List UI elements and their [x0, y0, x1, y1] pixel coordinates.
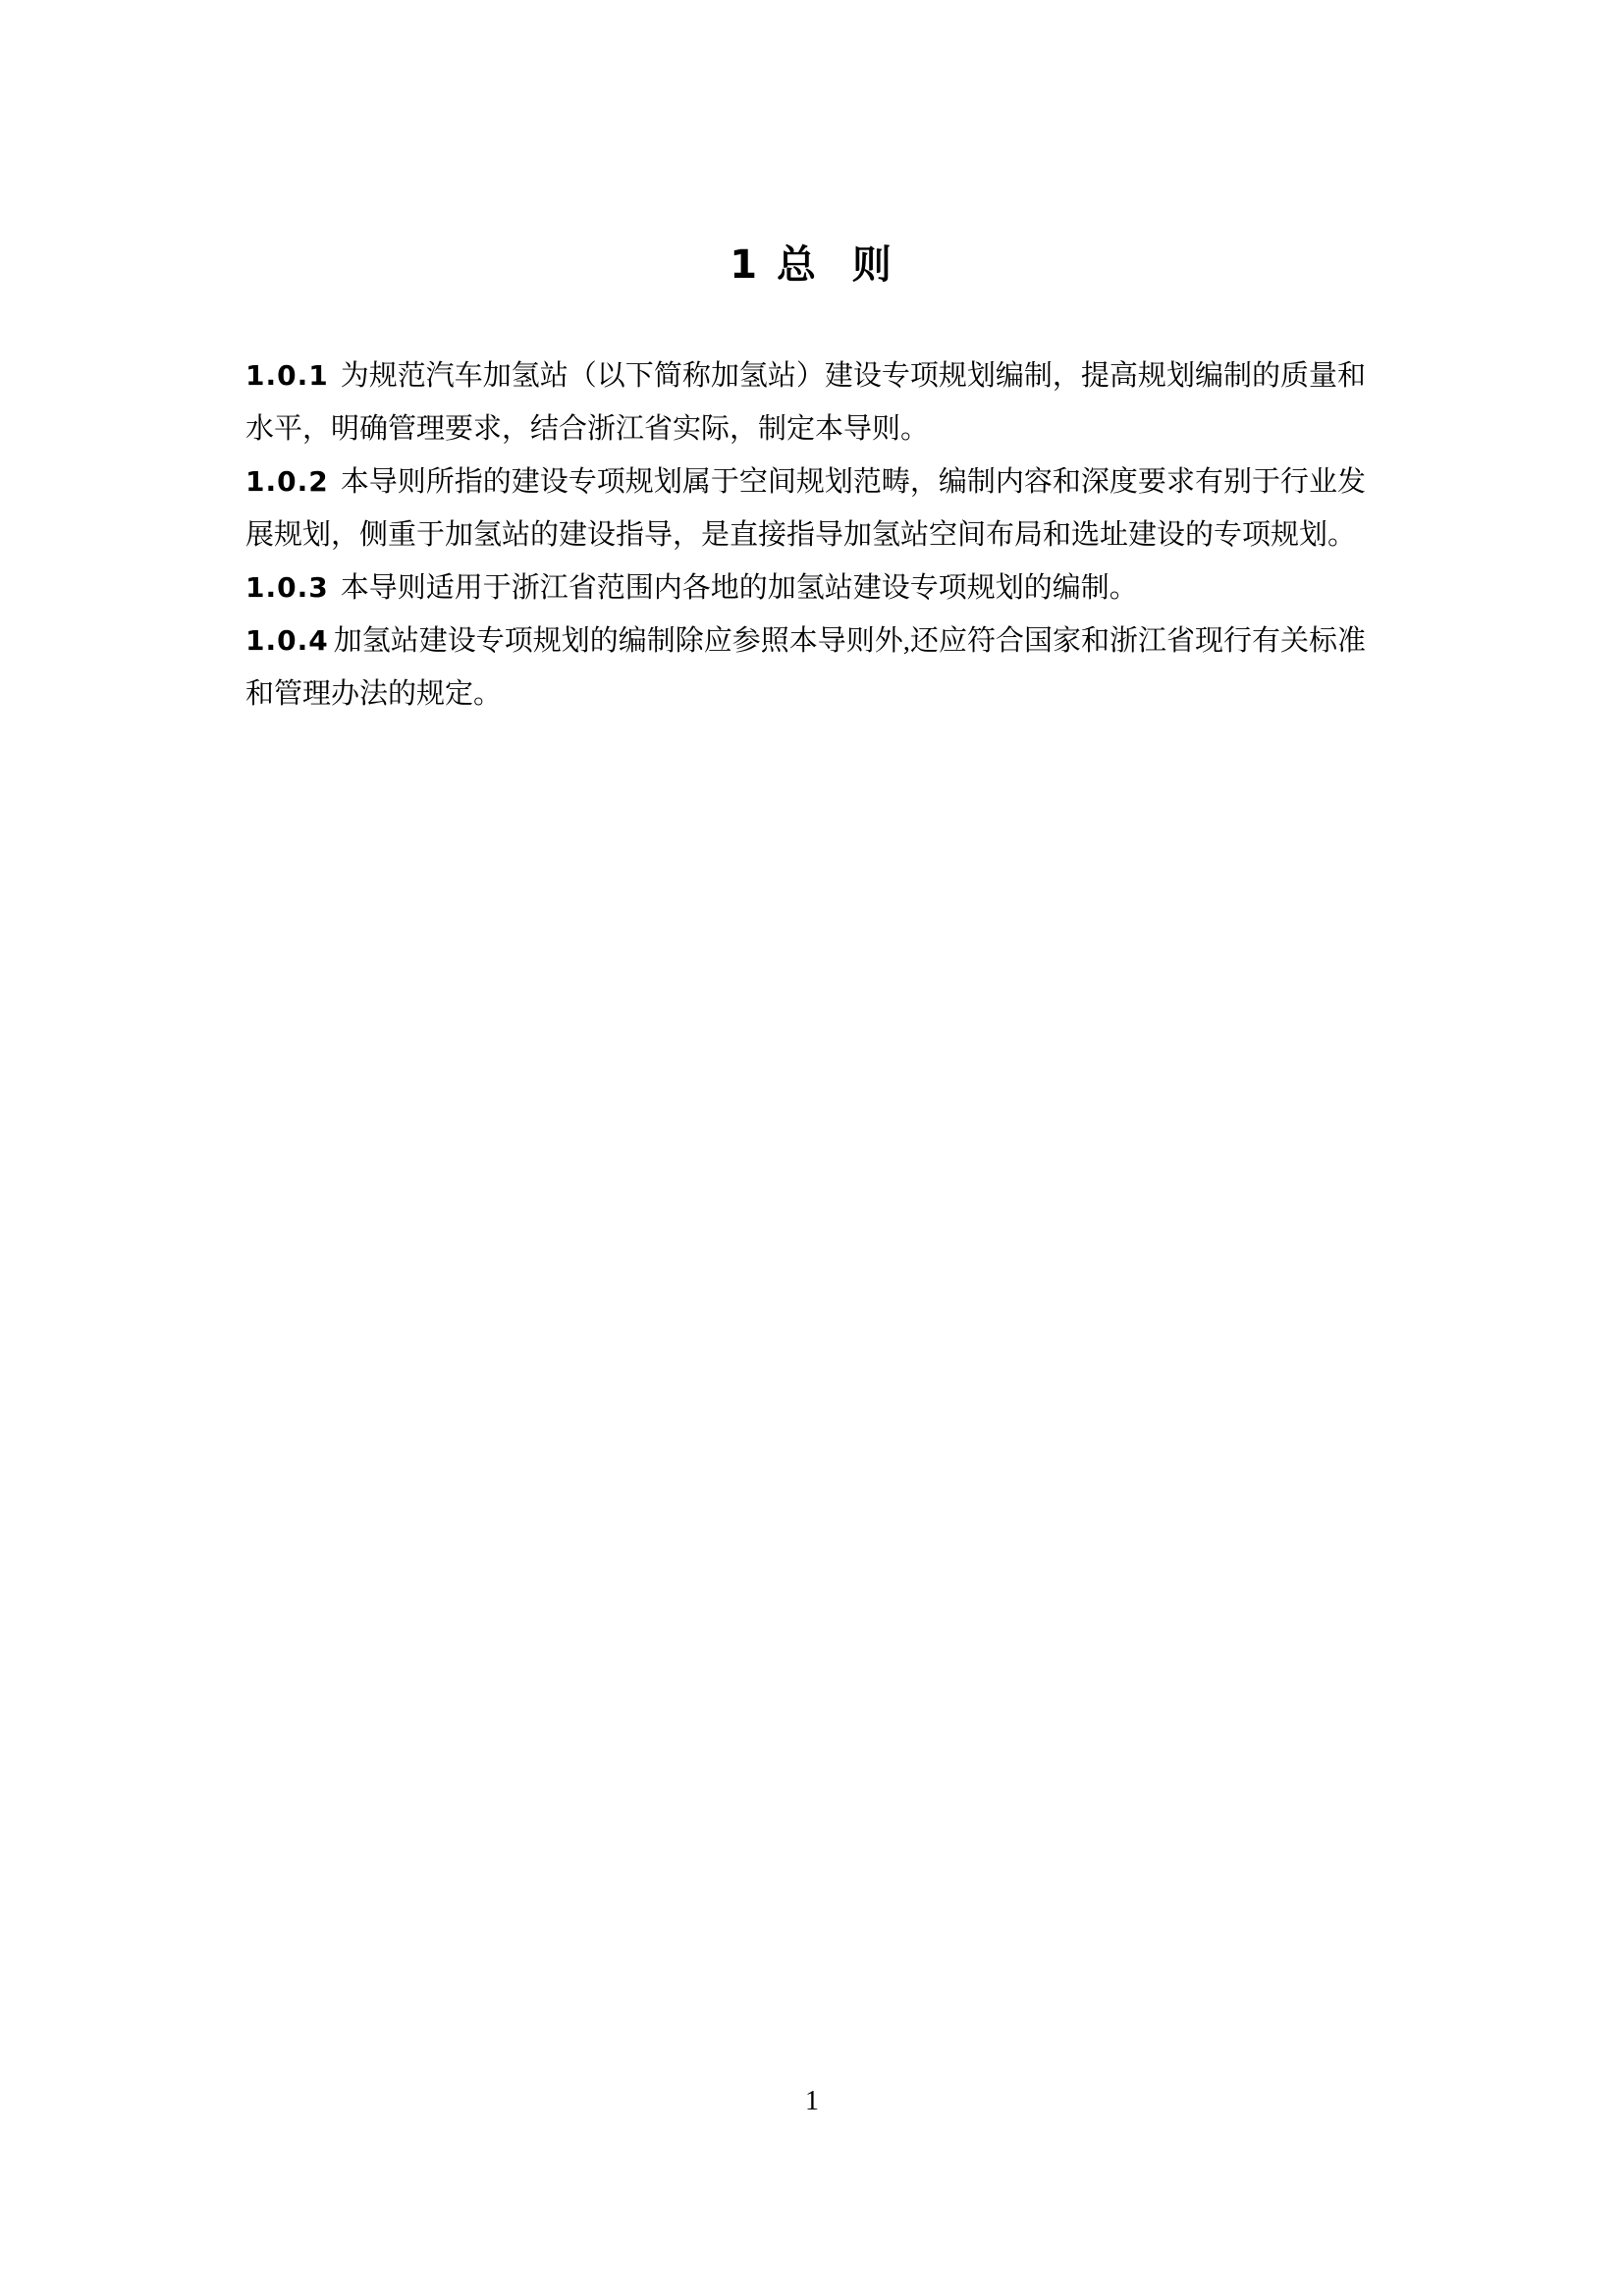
clause-1-0-4: 1.0.4加氢站建设专项规划的编制除应参照本导则外,还应符合国家和浙江省现行有关… — [245, 614, 1366, 721]
clause-number: 1.0.4 — [245, 624, 329, 657]
clause-number: 1.0.3 — [245, 571, 329, 604]
clause-1-0-1: 1.0.1为规范汽车加氢站（以下简称加氢站）建设专项规划编制，提高规划编制的质量… — [245, 349, 1366, 455]
clause-number: 1.0.2 — [245, 465, 329, 498]
clause-1-0-2: 1.0.2本导则所指的建设专项规划属于空间规划范畴，编制内容和深度要求有别于行业… — [245, 455, 1366, 561]
clause-text: 本导则所指的建设专项规划属于空间规划范畴，编制内容和深度要求有别于行业发展规划，… — [245, 466, 1366, 551]
clause-1-0-3: 1.0.3本导则适用于浙江省范围内各地的加氢站建设专项规划的编制。 — [245, 561, 1366, 614]
clause-text: 为规范汽车加氢站（以下简称加氢站）建设专项规划编制，提高规划编制的质量和水平，明… — [245, 360, 1366, 445]
document-page: 1 总 则 1.0.1为规范汽车加氢站（以下简称加氢站）建设专项规划编制，提高规… — [0, 0, 1624, 2296]
document-body: 1.0.1为规范汽车加氢站（以下简称加氢站）建设专项规划编制，提高规划编制的质量… — [245, 349, 1366, 721]
clause-text: 本导则适用于浙江省范围内各地的加氢站建设专项规划的编制。 — [341, 572, 1138, 604]
clause-number: 1.0.1 — [245, 359, 329, 392]
page-number: 1 — [0, 2085, 1624, 2118]
page-title: 1 总 则 — [0, 0, 1624, 289]
clause-text: 加氢站建设专项规划的编制除应参照本导则外,还应符合国家和浙江省现行有关标准和管理… — [245, 625, 1366, 710]
